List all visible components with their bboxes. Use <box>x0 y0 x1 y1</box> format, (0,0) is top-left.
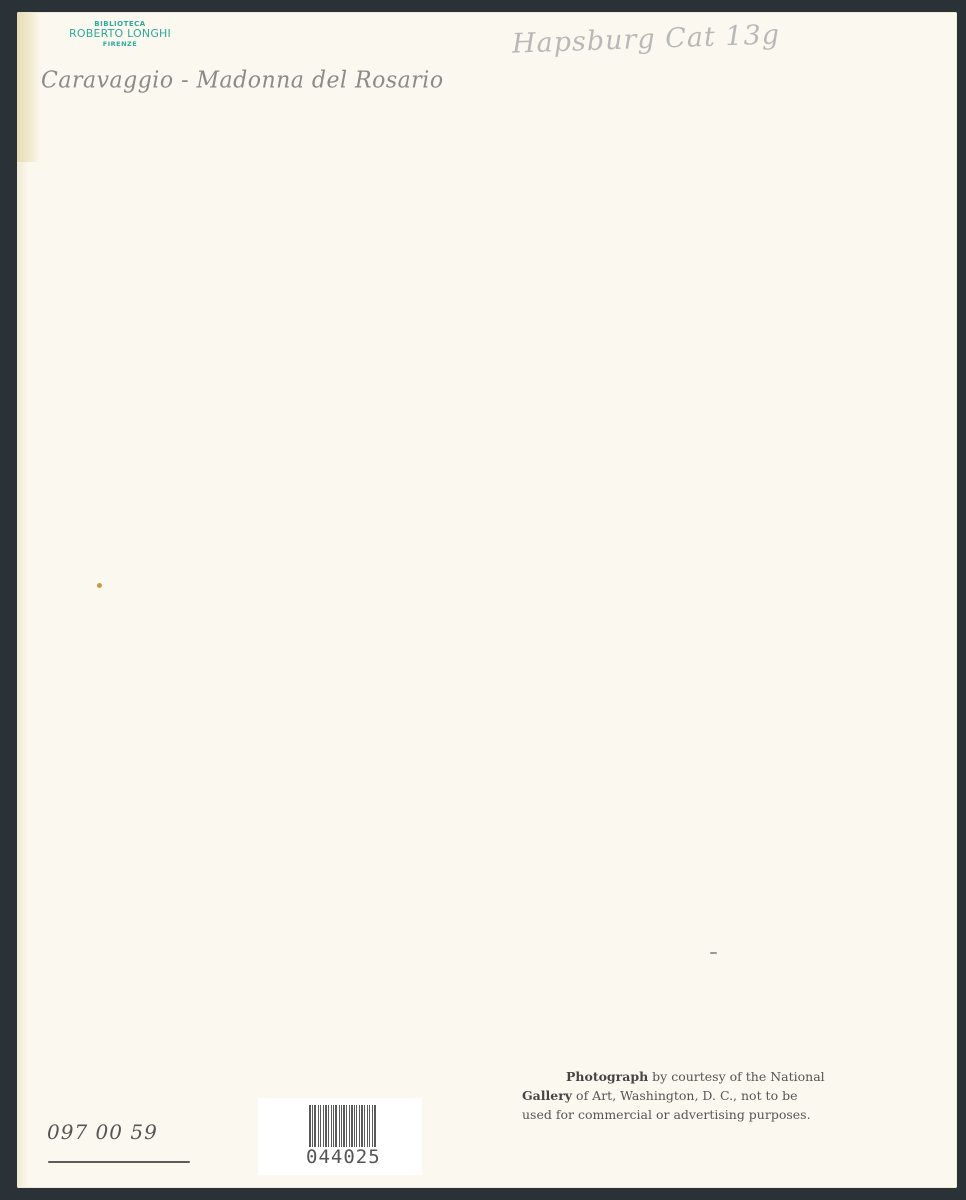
courtesy-line-3: used for commercial or advertising purpo… <box>522 1105 882 1124</box>
stamp-line-3: FIRENZE <box>55 41 185 48</box>
barcode-icon <box>309 1105 410 1147</box>
photo-verso-paper: BIBLIOTECA ROBERTO LONGHI FIRENZE Hapsbu… <box>17 12 957 1188</box>
paper-edge-tint <box>17 12 29 1188</box>
inventory-underline <box>48 1161 190 1163</box>
courtesy-line-1: Photograph by courtesy of the National <box>522 1067 882 1086</box>
pencil-mark <box>710 952 717 954</box>
foxing-spot <box>97 583 102 588</box>
water-stain <box>17 12 41 162</box>
handwritten-catalog-note: Hapsburg Cat 13g <box>512 19 781 59</box>
barcode-label: 044025 <box>258 1098 422 1175</box>
stamp-line-2: ROBERTO LONGHI <box>55 28 185 41</box>
library-stamp: BIBLIOTECA ROBERTO LONGHI FIRENZE <box>55 20 185 48</box>
courtesy-line-2: Gallery of Art, Washington, D. C., not t… <box>522 1086 882 1105</box>
handwritten-title: Caravaggio - Madonna del Rosario <box>41 67 444 93</box>
barcode-number: 044025 <box>306 1146 381 1168</box>
handwritten-inventory-number: 097 00 59 <box>47 1120 158 1144</box>
courtesy-notice: Photograph by courtesy of the National G… <box>522 1067 882 1124</box>
